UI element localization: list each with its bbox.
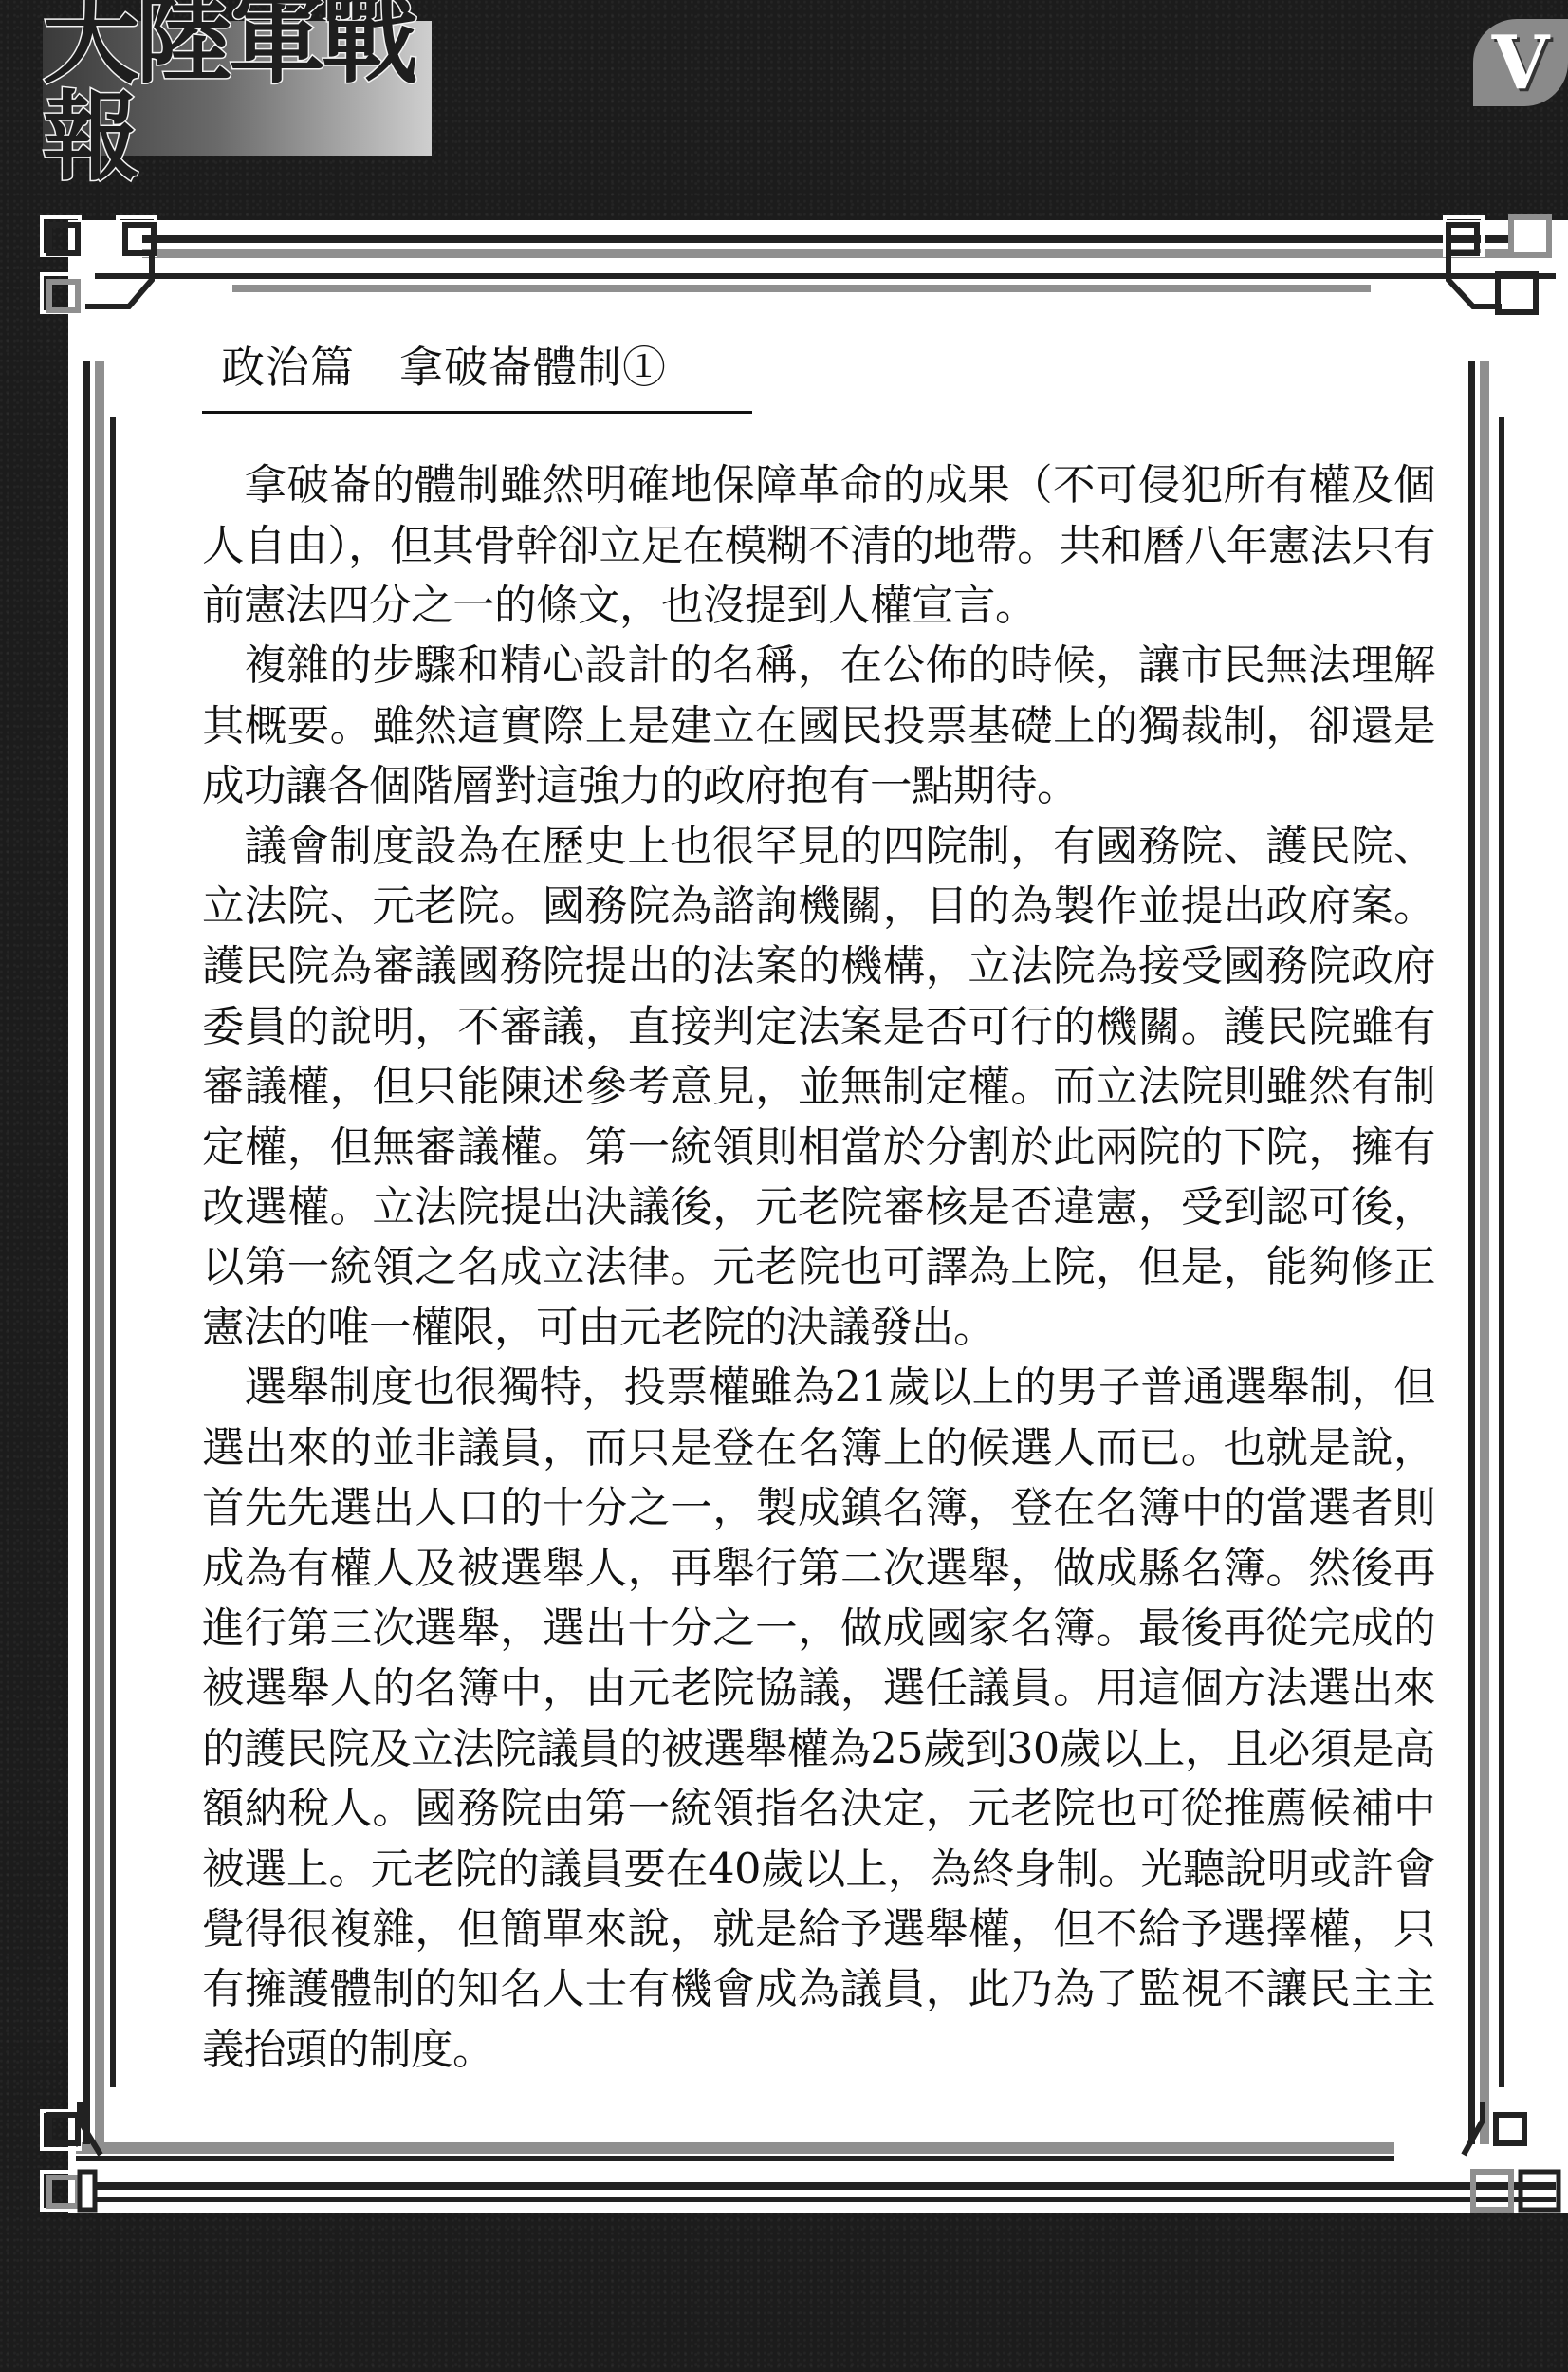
- volume-badge: V: [1473, 19, 1568, 106]
- paragraph: 複雜的步驟和精心設計的名稱，在公佈的時候，讓市民無法理解其概要。雖然這實際上是建…: [202, 636, 1435, 816]
- frame-rail-left-outer: [83, 361, 90, 2144]
- paragraph: 議會制度設為在歷史上也很罕見的四院制，有國務院、護民院、立法院、元老院。國務院為…: [202, 817, 1435, 1359]
- frame-rail-left-halftone: [95, 361, 104, 2144]
- frame-corner-top-left-icon: [38, 195, 171, 327]
- frame-rail-bottom-halftone: [76, 2142, 1394, 2154]
- frame-rail-bottom-outer: [76, 2156, 1394, 2161]
- frame-rail-right-halftone: [1480, 361, 1489, 2144]
- frame-rail-right-inner: [1499, 417, 1504, 2087]
- series-title-banner: 大陸軍戰報: [43, 21, 432, 156]
- frame-rail-top-outer: [142, 235, 1508, 243]
- paragraph: 選舉制度也很獨特，投票權雖為21歲以上的男子普通選舉制，但選出來的並非議員，而只…: [202, 1358, 1435, 2080]
- title-underline: [202, 411, 752, 414]
- frame-rail-top-inner: [95, 273, 1556, 279]
- article: 政治篇 拿破崙體制① 拿破崙的體制雖然明確地保障革命的成果（不可侵犯所有權及個人…: [202, 342, 1435, 2080]
- frame-corner-bottom-left-icon: [38, 2102, 171, 2234]
- frame-rail-top-inner-halftone: [232, 285, 1371, 292]
- frame-rail-bottom-inner2: [95, 2197, 1556, 2202]
- frame-rail-left-inner: [110, 417, 116, 2087]
- article-body: 拿破崙的體制雖然明確地保障革命的成果（不可侵犯所有權及個人自由），但其骨幹卻立足…: [202, 455, 1435, 2080]
- frame-rail-right-outer: [1468, 361, 1475, 2144]
- frame-rail-top-halftone: [142, 249, 1508, 258]
- series-title: 大陸軍戰報: [43, 0, 432, 187]
- frame-corner-top-right-icon: [1435, 195, 1568, 327]
- section-title: 政治篇 拿破崙體制①: [221, 342, 1435, 394]
- frame-rail-bottom-inner: [95, 2182, 1556, 2190]
- frame-corner-bottom-right-icon: [1435, 2102, 1568, 2234]
- volume-mark: V: [1492, 20, 1550, 106]
- paragraph: 拿破崙的體制雖然明確地保障革命的成果（不可侵犯所有權及個人自由），但其骨幹卻立足…: [202, 455, 1435, 636]
